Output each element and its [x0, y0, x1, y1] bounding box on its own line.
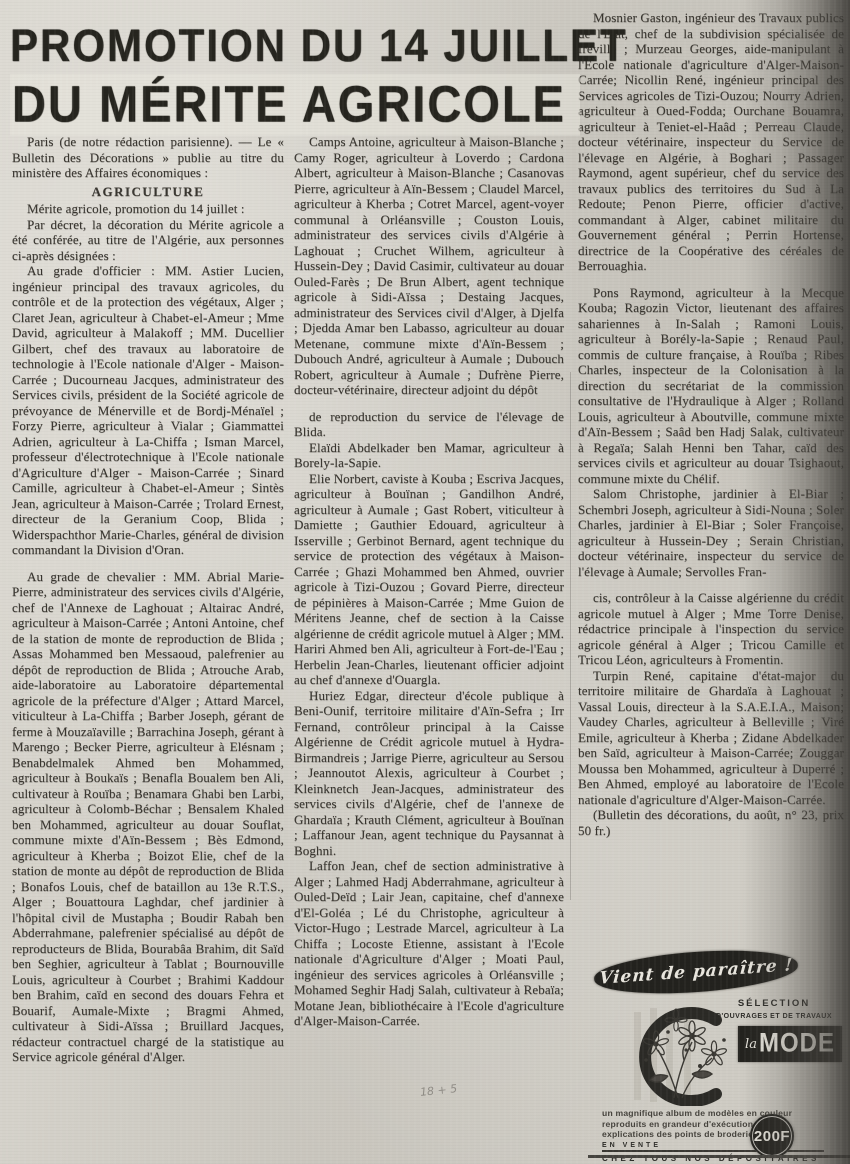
paragraph: Huriez Edgar, directeur d'école publique…	[294, 688, 564, 859]
paragraph: Turpin René, capitaine d'état-major du t…	[578, 668, 844, 808]
flower-bouquet-illustration	[588, 1006, 760, 1106]
paragraph: cis, contrôleur à la Caisse algérienne d…	[578, 590, 844, 668]
article-column-3: Mosnier Gaston, ingénieur des Travaux pu…	[578, 10, 844, 952]
paragraph: Pons Raymond, agriculteur à la Mecque Ko…	[578, 285, 844, 487]
price-value: 200F	[754, 1128, 790, 1145]
headline-line-2: DU MÉRITE AGRICOLE	[10, 74, 580, 136]
mode-album-advertisement: Vient de paraître ! SÉLECTION D'OUVRAGES…	[588, 950, 848, 1162]
paragraph: (Bulletin des décorations, du août, n° 2…	[578, 807, 844, 838]
paragraph: Au grade d'officier : MM. Astier Lucien,…	[12, 263, 284, 558]
bottom-rule	[588, 1155, 850, 1158]
paragraph: Salom Christophe, jardinier à El-Biar ; …	[578, 486, 844, 579]
article-headline: PROMOTION DU 14 JUILLET DU MÉRITE AGRICO…	[10, 20, 562, 131]
ad-rule	[602, 1150, 824, 1152]
column-divider-rule	[570, 372, 571, 900]
paragraph: Mérite agricole, promotion du 14 juillet…	[12, 201, 284, 217]
article-column-2: Camps Antoine, agriculteur à Maison-Blan…	[294, 134, 564, 1162]
headline-line-1: PROMOTION DU 14 JUILLET	[10, 20, 562, 72]
paragraph: Laffon Jean, chef de section administrat…	[294, 858, 564, 1029]
newspaper-page: PROMOTION DU 14 JUILLET DU MÉRITE AGRICO…	[0, 0, 850, 1164]
badge-label: Vient de paraître !	[598, 955, 793, 989]
paragraph: Paris (de notre rédaction parisienne). —…	[12, 134, 284, 181]
article-column-1: Paris (de notre rédaction parisienne). —…	[12, 134, 284, 1162]
paragraph: Au grade de chevalier : MM. Abrial Marie…	[12, 569, 284, 1065]
mode-logo-word: MODE	[759, 1029, 835, 1060]
ad-en-vente-label: EN VENTE	[602, 1142, 661, 1149]
vient-de-paraitre-badge: Vient de paraître !	[593, 945, 799, 999]
paragraph: Camps Antoine, agriculteur à Maison-Blan…	[294, 134, 564, 398]
section-heading: AGRICULTURE	[12, 184, 284, 200]
paragraph: de reproduction du service de l'élevage …	[294, 409, 564, 440]
paragraph: Elaïdi Abdelkader ben Mamar, agriculteur…	[294, 440, 564, 471]
paragraph: Par décret, la décoration du Mérite agri…	[12, 217, 284, 264]
price-badge: 200F	[750, 1114, 794, 1158]
paragraph: Elie Norbert, caviste à Kouba ; Escriva …	[294, 471, 564, 688]
